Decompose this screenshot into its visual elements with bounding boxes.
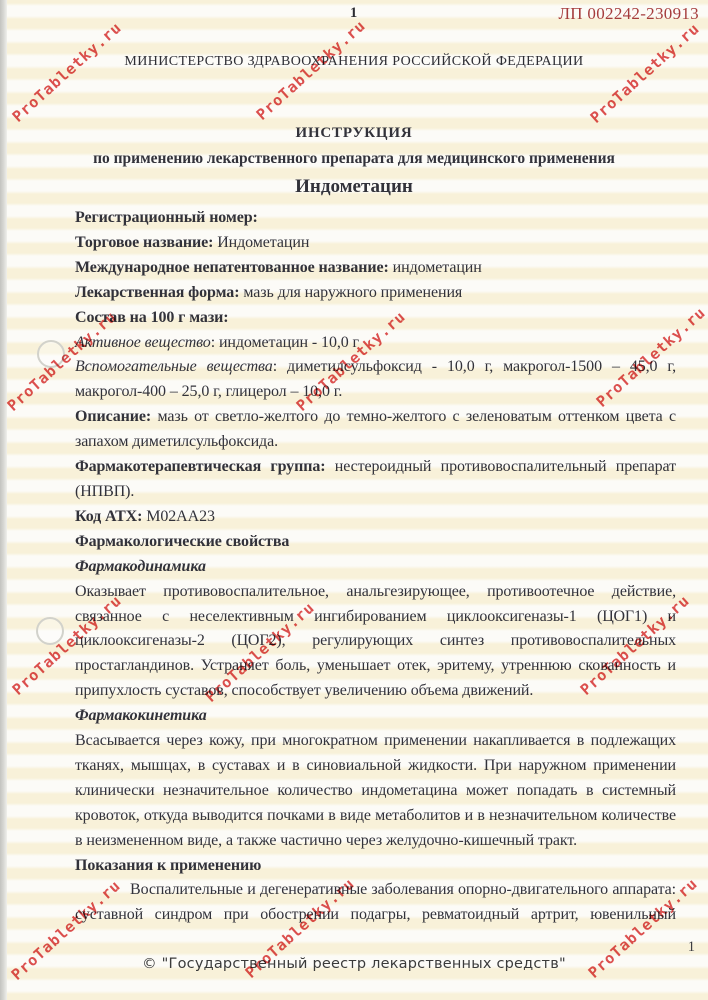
paragraph: Вспомогательные вещества: диметилсульфок… (75, 355, 676, 405)
text-run: индометацин (393, 259, 482, 276)
paragraph: Оказывает противовоспалительное, анальге… (75, 580, 676, 705)
text-run: Активное вещество (75, 334, 211, 351)
page-number-top: 1 (350, 5, 357, 22)
watermark-text: ProTabletky.ru (587, 19, 703, 126)
paragraph: Международное непатентованное название: … (75, 256, 676, 281)
footer-copyright: © "Государственный реестр лекарственных … (0, 956, 708, 972)
drug-name: Индометацин (0, 176, 708, 198)
scan-edge (0, 0, 7, 1000)
document-page: ProTabletky.ruProTabletky.ruProTabletky.… (0, 0, 708, 1000)
watermark-text: ProTabletky.ru (253, 16, 369, 123)
paragraph: Код АТХ: М02АА23 (75, 505, 676, 530)
paragraph: Всасывается через кожу, при многократном… (75, 729, 676, 854)
paragraph: Лекарственная форма: мазь для наружного … (75, 281, 676, 306)
text-run: Код АТХ: (75, 508, 146, 525)
text-run: Фармакокинетика (75, 707, 207, 724)
paragraph: Фармакологические свойства (75, 530, 676, 555)
paragraph: Фармакотерапевтическая группа: нестероид… (75, 455, 676, 505)
text-run: Состав на 100 г мази: (75, 309, 229, 326)
text-run: Вспомогательные вещества (75, 358, 273, 375)
text-run: Всасывается через кожу, при многократном… (75, 732, 676, 849)
paragraph: Фармакокинетика (75, 704, 676, 729)
paragraph: Воспалительные и дегенеративные заболева… (75, 878, 676, 928)
text-run: Фармакологические свойства (75, 533, 289, 550)
text-run: мазь от светло-желтого до темно-желтого … (75, 408, 676, 450)
paragraph: Описание: мазь от светло-желтого до темн… (75, 405, 676, 455)
punch-hole (36, 617, 64, 645)
instruction-subtitle: по применению лекарственного препарата д… (0, 150, 708, 168)
paragraph: Регистрационный номер: (75, 206, 676, 231)
text-run: Лекарственная форма: (75, 284, 243, 301)
paragraph: Торговое название: Индометацин (75, 231, 676, 256)
text-run: Описание: (75, 408, 157, 425)
text-run: Фармакотерапевтическая группа: (75, 458, 335, 475)
punch-hole (37, 340, 65, 368)
watermark-text: ProTabletky.ru (9, 18, 125, 125)
text-run: Торговое название: (75, 234, 217, 251)
document-body: Регистрационный номер:Торговое название:… (75, 206, 676, 928)
text-run: Воспалительные и дегенеративные заболева… (75, 881, 676, 923)
text-run: Оказывает противовоспалительное, анальге… (75, 583, 676, 700)
page-number-bottom: 1 (688, 939, 695, 956)
instruction-title: ИНСТРУКЦИЯ (0, 125, 708, 142)
text-run: : индометацин - 10,0 г (211, 334, 359, 351)
ministry-heading: МИНИСТЕРСТВО ЗДРАВООХРАНЕНИЯ РОССИЙСКОЙ … (0, 54, 708, 70)
registration-code: ЛП 002242-230913 (558, 4, 699, 24)
paragraph: Состав на 100 г мази: (75, 306, 676, 331)
text-run: Регистрационный номер: (75, 209, 258, 226)
text-run: Показания к применению (75, 857, 261, 874)
paragraph: Показания к применению (75, 854, 676, 879)
paragraph: Фармакодинамика (75, 555, 676, 580)
paragraph: Активное вещество: индометацин - 10,0 г (75, 331, 676, 356)
text-run: мазь для наружного применения (243, 284, 462, 301)
text-run: Индометацин (217, 234, 309, 251)
text-run: Международное непатентованное название: (75, 259, 393, 276)
text-run: М02АА23 (146, 508, 215, 525)
text-run: Фармакодинамика (75, 558, 206, 575)
